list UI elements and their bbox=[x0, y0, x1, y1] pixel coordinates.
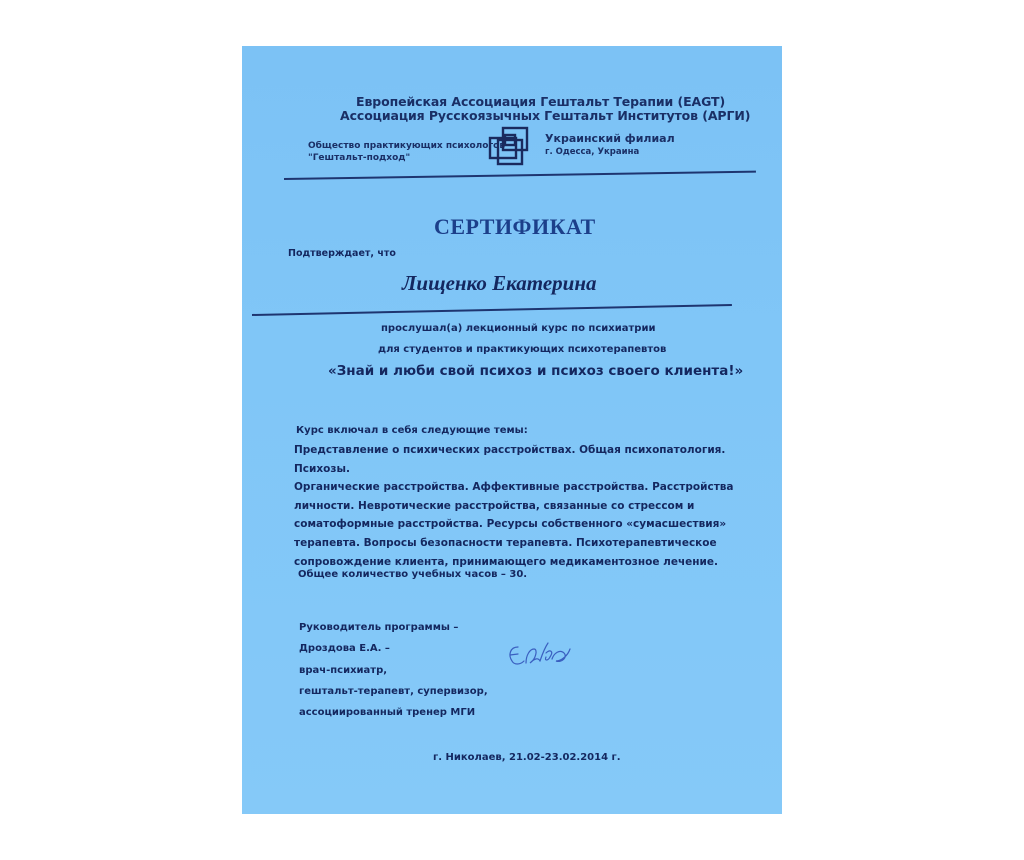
topics-line: личности. Невротические расстройства, св… bbox=[294, 497, 774, 516]
signatory-line: Руководитель программы – bbox=[299, 617, 488, 638]
completion-line-1: прослушал(а) лекционный курс по психиатр… bbox=[381, 323, 655, 334]
place-date: г. Николаев, 21.02-23.02.2014 г. bbox=[433, 752, 621, 763]
header-divider bbox=[284, 171, 756, 180]
name-underline bbox=[252, 304, 732, 316]
org-argi: Ассоциация Русскоязычных Гештальт Инстит… bbox=[340, 108, 750, 123]
topics-line: терапевта. Вопросы безопасности терапевт… bbox=[294, 534, 774, 553]
topics-line: соматоформные расстройства. Ресурсы собс… bbox=[294, 515, 774, 534]
recipient-name: Лищенко Екатерина bbox=[402, 271, 597, 296]
signatory-line: врач-психиатр, bbox=[299, 660, 488, 681]
topics-intro: Курс включал в себя следующие темы: bbox=[296, 425, 528, 436]
topics-line: Представление о психических расстройства… bbox=[294, 441, 774, 478]
society-line-2: "Гештальт-подход" bbox=[308, 152, 505, 164]
overlapping-squares-logo-icon bbox=[487, 124, 537, 168]
org-eagt: Европейская Ассоциация Гештальт Терапии … bbox=[356, 94, 725, 109]
signatory-line: Дроздова Е.А. – bbox=[299, 638, 488, 659]
signatory-block: Руководитель программы – Дроздова Е.А. –… bbox=[299, 617, 488, 723]
hours-total: Общее количество учебных часов – 30. bbox=[298, 569, 527, 580]
topics-list: Представление о психических расстройства… bbox=[294, 441, 774, 571]
signatory-line: гештальт-терапевт, супервизор, bbox=[299, 681, 488, 702]
course-title: «Знай и люби свой психоз и психоз своего… bbox=[328, 363, 743, 379]
completion-line-2: для студентов и практикующих психотерапе… bbox=[378, 344, 666, 355]
signatory-line: ассоциированный тренер МГИ bbox=[299, 702, 488, 723]
branch-title: Украинский филиал bbox=[545, 132, 675, 145]
branch-location: г. Одесса, Украина bbox=[545, 147, 639, 157]
handwritten-signature-icon bbox=[504, 639, 574, 673]
confirm-text: Подтверждает, что bbox=[288, 248, 396, 259]
society-name: Общество практикующих психологов "Гештал… bbox=[308, 140, 505, 164]
certificate-page: Европейская Ассоциация Гештальт Терапии … bbox=[242, 46, 782, 814]
certificate-title: СЕРТИФИКАТ bbox=[434, 214, 596, 240]
topics-line: Органические расстройства. Аффективные р… bbox=[294, 478, 774, 497]
society-line-1: Общество практикующих психологов bbox=[308, 140, 505, 152]
